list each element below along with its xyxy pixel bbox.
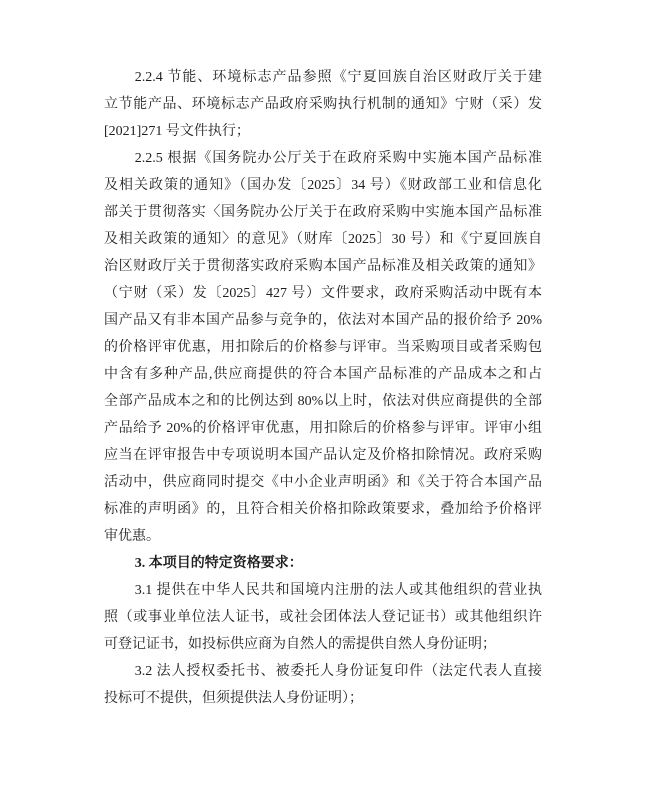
doc-line: 活动中，供应商同时提交《中小企业声明函》和《关于符合本国产品 [104,469,542,496]
doc-line: 2.2.5 根据《国务院办公厅关于在政府采购中实施本国产品标准 [104,145,542,172]
doc-line: 3. 本项目的特定资格要求： [104,550,542,577]
doc-line: 审优惠。 [104,523,542,550]
document-text-block: 2.2.4 节能、环境标志产品参照《宁夏回族自治区财政厅关于建立节能产品、环境标… [104,64,542,712]
doc-line: 应当在评审报告中专项说明本国产品认定及价格扣除情况。政府采购 [104,442,542,469]
doc-line: 国产品又有非本国产品参与竞争的，依法对本国产品的报价给予 20% [104,307,542,334]
doc-line: 部关于贯彻落实〈国务院办公厅关于在政府采购中实施本国产品标准 [104,199,542,226]
doc-line: 可登记证书，如投标供应商为自然人的需提供自然人身份证明； [104,631,542,658]
doc-line: 的价格评审优惠，用扣除后的价格参与评审。当采购项目或者采购包 [104,334,542,361]
doc-line: （宁财（采）发〔2025〕427 号）文件要求，政府采购活动中既有本 [104,280,542,307]
doc-line: 2.2.4 节能、环境标志产品参照《宁夏回族自治区财政厅关于建 [104,64,542,91]
doc-line: 及相关政策的通知》（国办发〔2025〕34 号）《财政部工业和信息化 [104,172,542,199]
doc-line: 标准的声明函》的，且符合相关价格扣除政策要求，叠加给予价格评 [104,496,542,523]
doc-line: 中含有多种产品,供应商提供的符合本国产品标准的产品成本之和占 [104,361,542,388]
doc-line: 立节能产品、环境标志产品政府采购执行机制的通知》宁财（采）发 [104,91,542,118]
doc-line: 3.1 提供在中华人民共和国境内注册的法人或其他组织的营业执 [104,577,542,604]
doc-line: 产品给予 20%的价格评审优惠，用扣除后的价格参与评审。评审小组 [104,415,542,442]
doc-line: 3.2 法人授权委托书、被委托人身份证复印件（法定代表人直接 [104,658,542,685]
doc-line: [2021]271 号文件执行； [104,118,542,145]
doc-line: 及相关政策的通知〉的意见》（财库〔2025〕30 号）和《宁夏回族自 [104,226,542,253]
doc-line: 治区财政厅关于贯彻落实政府采购本国产品标准及相关政策的通知》 [104,253,542,280]
doc-line: 全部产品成本之和的比例达到 80%以上时，依法对供应商提供的全部 [104,388,542,415]
doc-line: 照（或事业单位法人证书，或社会团体法人登记证书）或其他组织许 [104,604,542,631]
doc-line: 投标可不提供，但须提供法人身份证明）； [104,685,542,712]
document-page: 2.2.4 节能、环境标志产品参照《宁夏回族自治区财政厅关于建立节能产品、环境标… [0,0,645,793]
